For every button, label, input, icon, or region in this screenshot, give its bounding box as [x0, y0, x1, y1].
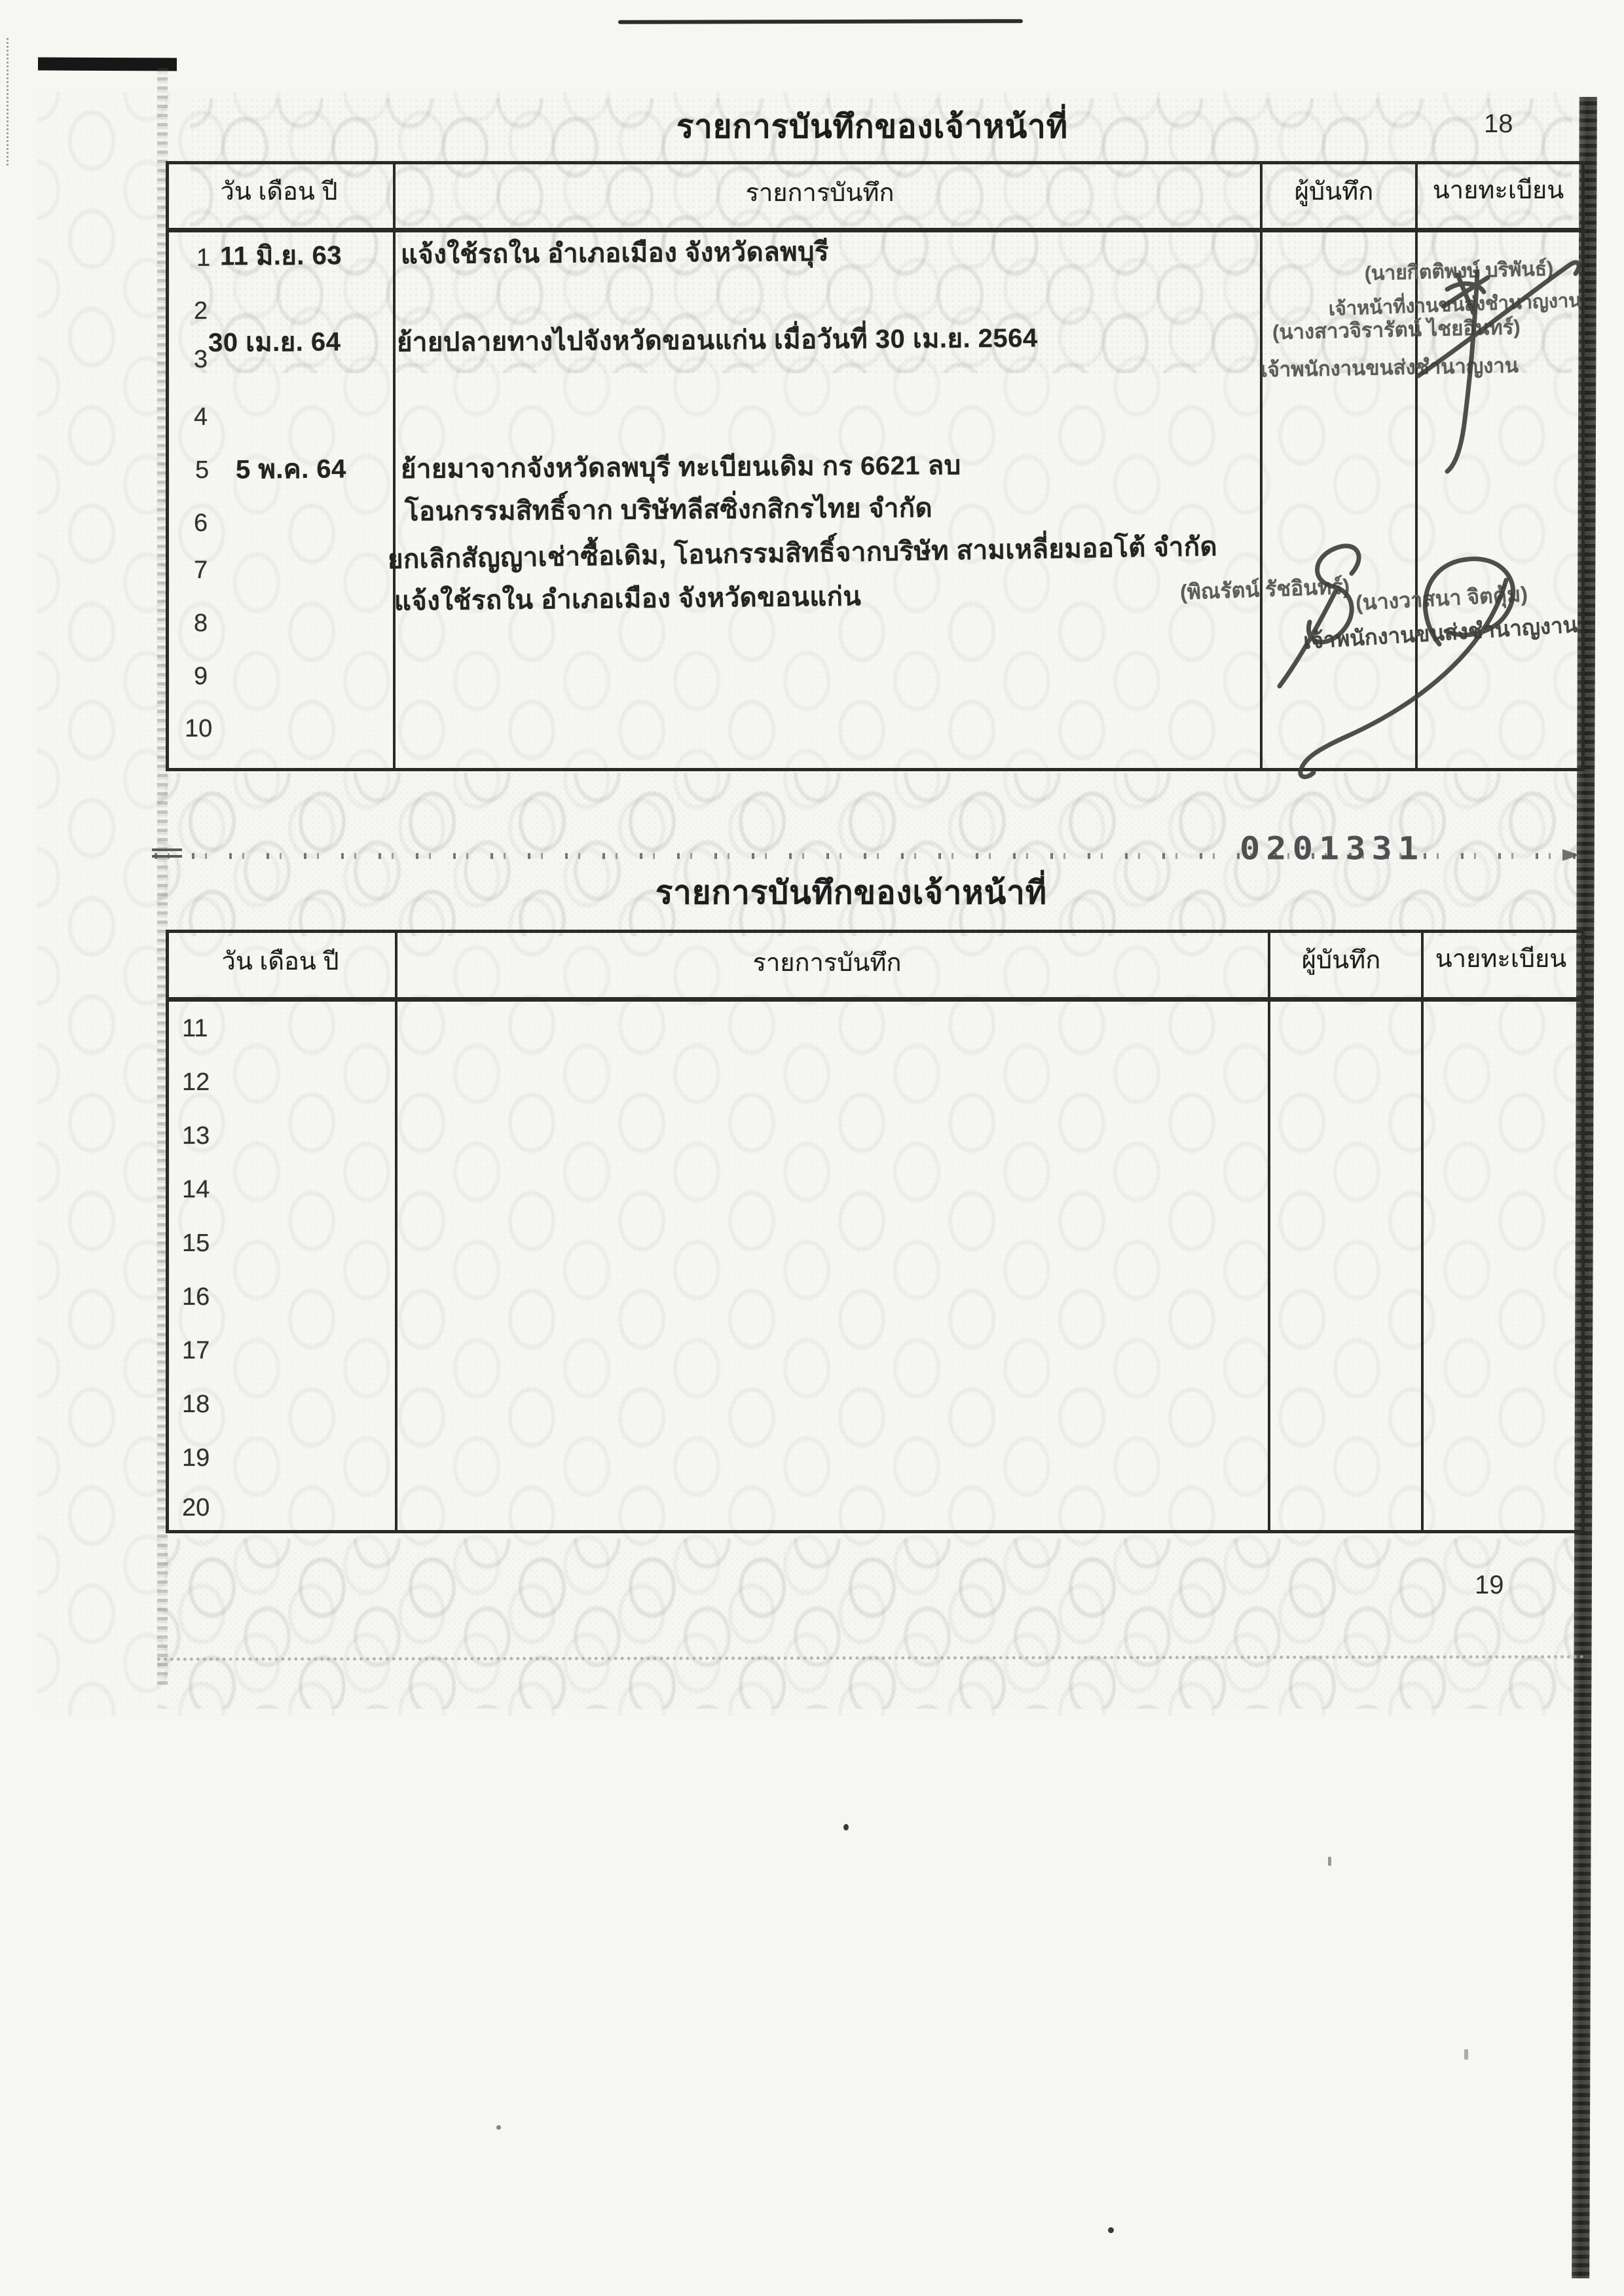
entry-text: ย้ายมาจากจังหวัดลพบุรี ทะเบียนเดิม กร 66… [401, 450, 961, 484]
row-number: 14 [182, 1176, 210, 1205]
scan-speck [1328, 1857, 1331, 1866]
header-separator [169, 228, 1581, 232]
row-number: 8 [194, 610, 208, 638]
column-divider-date [393, 164, 396, 768]
scan-speck [496, 2125, 501, 2130]
scan-speck [1108, 2227, 1114, 2233]
col-header-record: รายการบันทึก [753, 949, 902, 978]
scan-dotted-line [7, 38, 9, 166]
entry-date: 5 พ.ค. 64 [236, 454, 346, 484]
row-number: 16 [182, 1283, 210, 1312]
cut-line [157, 1655, 1585, 1661]
header-separator [169, 997, 1581, 1002]
col-header-recorder: ผู้บันทึก [1295, 178, 1373, 207]
row-number: 4 [194, 403, 208, 432]
entry-date: 11 มิ.ย. 63 [220, 240, 342, 271]
stamp-officer2-title: เจ้าพนักงานขนส่งชำนาญงาน [1261, 354, 1519, 382]
col-header-date: วัน เดือน ปี [220, 178, 337, 207]
watermark-pattern-band [157, 1539, 1578, 1709]
row-number: 20 [182, 1494, 210, 1523]
col-header-date: วัน เดือน ปี [221, 948, 339, 977]
row-number: 11 [182, 1015, 208, 1044]
row-number: 10 [185, 715, 212, 744]
row-number: 19 [182, 1444, 210, 1473]
row-number: 12 [182, 1068, 210, 1097]
entry-date: 30 เม.ย. 64 [208, 327, 341, 357]
row-number: 3 [194, 346, 208, 374]
col-header-registrar: นายทะเบียน [1433, 177, 1564, 206]
col-header-recorder: ผู้บันทึก [1302, 947, 1380, 975]
scan-speck [1464, 2049, 1468, 2060]
col-header-record: รายการบันทึก [746, 179, 895, 208]
entry-text: แจ้งใช้รถใน อำเภอเมือง จังหวัดขอนแก่น [394, 581, 862, 616]
page-title-upper: รายการบันทึกของเจ้าหน้าที่ [676, 109, 1068, 145]
scan-line-artifact [618, 19, 1023, 24]
scanned-registration-page: รายการบันทึกของเจ้าหน้าที่ 18 วัน เดือน … [0, 0, 1624, 2296]
entry-text: โอนกรรมสิทธิ์จาก บริษัทลีสซิ่งกสิกรไทย จ… [405, 493, 932, 527]
row-number: 18 [182, 1391, 210, 1419]
row-number: 17 [182, 1337, 210, 1366]
row-number: 7 [194, 556, 208, 585]
page-number-bottom: 19 [1475, 1570, 1504, 1600]
column-divider-registrar [1415, 164, 1418, 768]
col-header-registrar: นายทะเบียน [1435, 945, 1566, 974]
page-title-lower: รายการบันทึกของเจ้าหน้าที่ [655, 875, 1047, 911]
row-number: 6 [194, 509, 208, 538]
scan-speck [843, 1824, 849, 1831]
row-number: 15 [182, 1230, 210, 1258]
column-divider-recorder [1260, 164, 1263, 768]
row-number: 2 [194, 297, 208, 326]
serial-number: 0201331 [1240, 831, 1424, 867]
scan-edge-bar [38, 58, 177, 71]
row-number: 13 [182, 1122, 210, 1151]
entry-text: แจ้งใช้รถใน อำเภอเมือง จังหวัดลพบุรี [401, 237, 829, 270]
entry-text: ย้ายปลายทางไปจังหวัดขอนแก่น เมื่อวันที่ … [397, 323, 1038, 358]
row-number: 5 [195, 456, 209, 485]
perforation-left-mark [152, 848, 182, 858]
record-table-lower [166, 930, 1585, 1533]
column-divider-registrar [1421, 933, 1424, 1530]
row-number: 1 [196, 244, 210, 273]
column-divider-recorder [1268, 933, 1270, 1530]
perforation-arrow [1562, 849, 1579, 861]
column-divider-date [395, 933, 397, 1530]
page-number-top: 18 [1484, 109, 1513, 139]
row-number: 9 [194, 663, 208, 691]
